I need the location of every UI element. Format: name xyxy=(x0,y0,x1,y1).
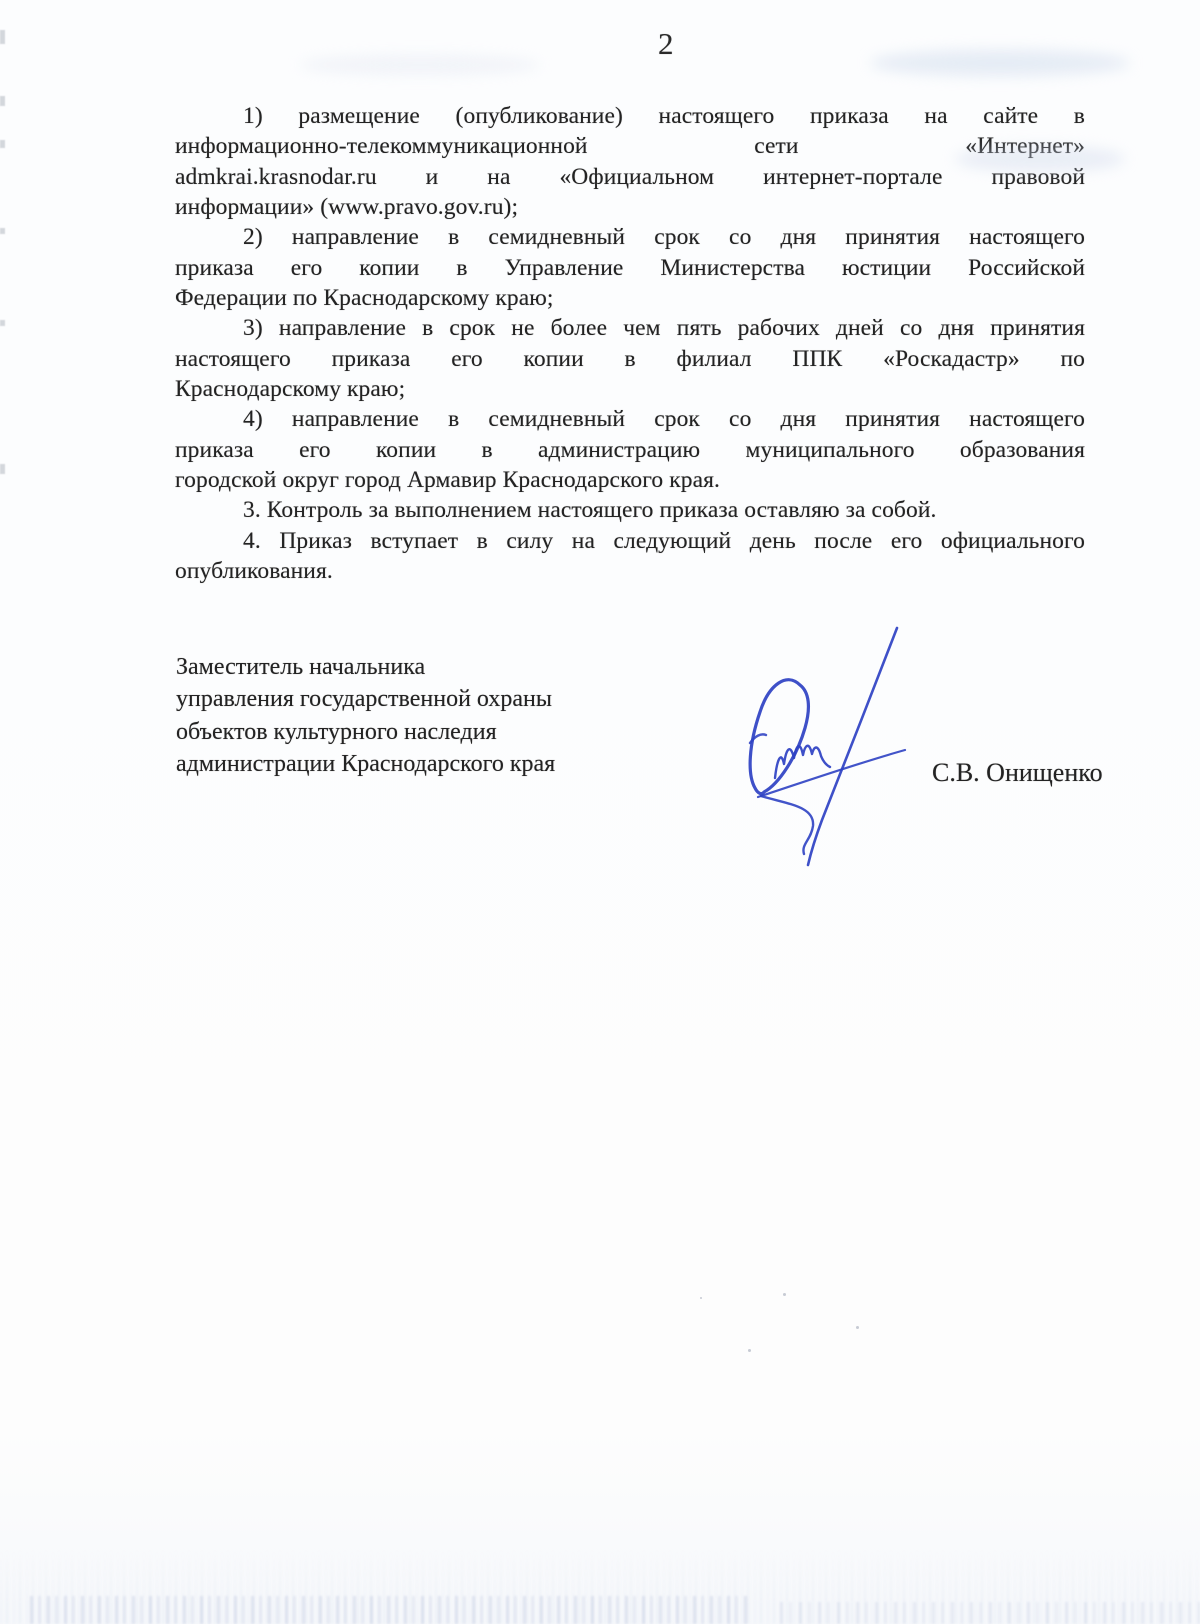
paragraph: 3. Контроль за выполнением настоящего пр… xyxy=(175,495,1085,525)
scan-smudge xyxy=(300,56,540,74)
dust-speck xyxy=(856,1326,859,1329)
document-body: 1) размещение (опубликование) настоящего… xyxy=(175,101,1085,587)
bleed-through-band xyxy=(780,1602,1200,1624)
edge-mark xyxy=(0,30,5,44)
text-line: приказа его копии в администрацию муници… xyxy=(175,435,1085,465)
text-line: городской округ город Армавир Краснодарс… xyxy=(175,465,1085,495)
edge-mark xyxy=(0,320,5,326)
signature-ink xyxy=(695,588,925,888)
text-line: приказа его копии в Управление Министерс… xyxy=(175,253,1085,283)
text-line: информации» (www.pravo.gov.ru); xyxy=(175,192,1085,222)
dust-speck xyxy=(700,1297,702,1299)
text-line: admkrai.krasnodar.ru и на «Официальном и… xyxy=(175,162,1085,192)
edge-mark xyxy=(0,96,5,106)
paragraph: 4) направление в семидневный срок со дня… xyxy=(175,404,1085,495)
job-title-line: объектов культурного наследия xyxy=(176,716,555,748)
scan-smudge xyxy=(870,50,1130,76)
document-page: 2 1) размещение (опубликование) настояще… xyxy=(0,0,1200,1624)
signature-stroke-curl xyxy=(761,796,813,854)
paragraph: 3) направление в срок не более чем пять … xyxy=(175,313,1085,404)
job-title-line: администрации Краснодарского края xyxy=(176,748,555,780)
dust-speck xyxy=(783,1293,786,1296)
text-line: информационно-телекоммуникационной сети … xyxy=(175,131,1085,161)
text-line: 4. Приказ вступает в силу на следующий д… xyxy=(175,526,1085,556)
job-title: Заместитель начальника управления госуда… xyxy=(176,651,555,781)
job-title-line: Заместитель начальника xyxy=(176,651,555,683)
paragraph: 1) размещение (опубликование) настоящего… xyxy=(175,101,1085,222)
bleed-through-band xyxy=(30,1596,750,1624)
text-line: опубликования. xyxy=(175,556,1085,586)
signature-stroke-diagonal xyxy=(808,628,897,865)
text-line: 3) направление в срок не более чем пять … xyxy=(175,313,1085,343)
signature-stroke-loop xyxy=(750,680,808,794)
text-line: Федерации по Краснодарскому краю; xyxy=(175,283,1085,313)
edge-mark xyxy=(0,140,5,148)
text-line: настоящего приказа его копии в филиал ПП… xyxy=(175,344,1085,374)
dust-speck xyxy=(748,1349,751,1352)
signer-name: С.В. Онищенко xyxy=(932,758,1103,788)
text-line: 4) направление в семидневный срок со дня… xyxy=(175,404,1085,434)
job-title-line: управления государственной охраны xyxy=(176,683,555,715)
paragraph: 2) направление в семидневный срок со дня… xyxy=(175,222,1085,313)
page-number: 2 xyxy=(658,26,674,62)
edge-mark xyxy=(0,228,5,234)
paragraph: 4. Приказ вступает в силу на следующий д… xyxy=(175,526,1085,587)
bleed-through-band xyxy=(0,1548,1200,1624)
text-line: 3. Контроль за выполнением настоящего пр… xyxy=(175,495,1085,525)
text-line: 1) размещение (опубликование) настоящего… xyxy=(175,101,1085,131)
edge-mark xyxy=(0,464,5,474)
text-line: 2) направление в семидневный срок со дня… xyxy=(175,222,1085,252)
text-line: Краснодарскому краю; xyxy=(175,374,1085,404)
